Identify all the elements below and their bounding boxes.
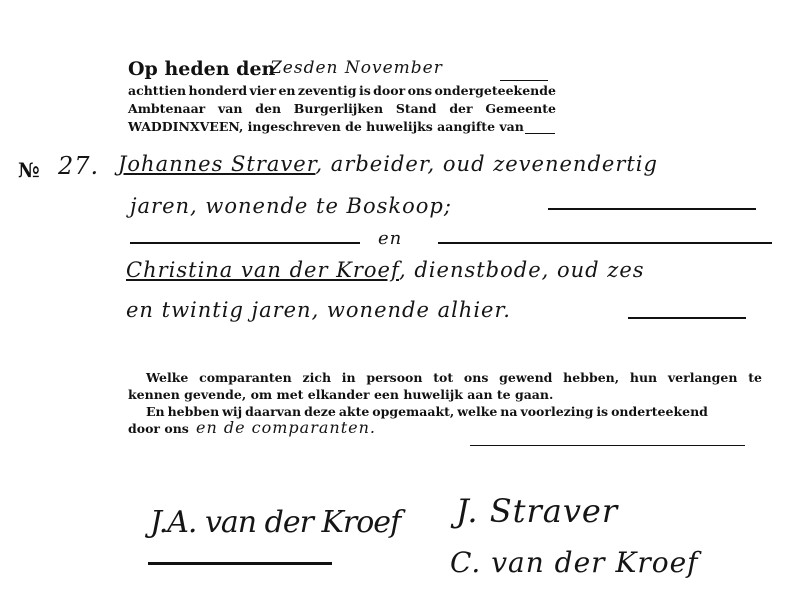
word: te — [748, 370, 762, 385]
conjunction: en — [378, 228, 402, 249]
intro-line-3: Ambtenaar van den Burgerlijken Stand der… — [128, 101, 556, 116]
word: ons — [408, 83, 432, 98]
word: wij — [222, 404, 242, 419]
fill-line — [500, 80, 548, 81]
word: Welke — [146, 370, 188, 385]
word: na — [500, 404, 517, 419]
groom-line-1: Johannes Straver, arbeider, oud zevenend… — [118, 152, 658, 176]
signature-groom: J. Straver — [456, 492, 618, 530]
signature-official: J.A. van der Kroef — [150, 505, 400, 540]
word: is — [596, 404, 608, 419]
closing-line-3: En hebben wij daarvan deze akte opgemaak… — [146, 404, 708, 419]
word: verlangen — [668, 370, 738, 385]
signature-bride: C. van der Kroef — [450, 546, 699, 579]
groom-name: Johannes Straver — [118, 152, 315, 176]
word: En — [146, 404, 165, 419]
word: Stand — [396, 101, 437, 116]
word: deze — [304, 404, 336, 419]
word: hebben, — [563, 370, 619, 385]
intro-lead: Op heden den — [128, 58, 275, 80]
word: is — [359, 83, 371, 98]
word: van — [218, 101, 242, 116]
word: opgemaakt, — [372, 404, 454, 419]
word: akte — [339, 404, 370, 419]
word: Ambtenaar — [128, 101, 205, 116]
word: onderteekend — [611, 404, 708, 419]
word: persoon — [366, 370, 422, 385]
word: comparanten — [199, 370, 292, 385]
bride-line-2: en twintig jaren, wonende alhier. — [126, 298, 511, 322]
word: den — [255, 101, 281, 116]
word: vier — [250, 83, 277, 98]
word: door — [373, 83, 405, 98]
word: ons — [464, 370, 488, 385]
fill-line — [470, 445, 745, 446]
closing-line-4-lead: door ons — [128, 421, 189, 436]
bride-line-1: Christina van der Kroef, dienstbode, oud… — [126, 258, 645, 282]
word: achttien — [128, 83, 186, 98]
closing-line-4-handwritten: en de comparanten. — [196, 418, 376, 437]
word: zeventig — [298, 83, 357, 98]
groom-details: , arbeider, oud zevenendertig — [315, 152, 658, 176]
word: der — [449, 101, 472, 116]
groom-line-2: jaren, wonende te Boskoop; — [130, 194, 452, 218]
bride-name: Christina van der Kroef — [126, 258, 399, 282]
word: gewend — [499, 370, 552, 385]
number-label: № — [18, 158, 40, 182]
closing-line-2: kennen gevende, om met elkander een huwe… — [128, 387, 553, 402]
signature-underline — [148, 562, 332, 565]
word: in — [342, 370, 356, 385]
word: daarvan — [245, 404, 301, 419]
closing-line-1: Welke comparanten zich in persoon tot on… — [146, 370, 762, 385]
word: welke — [457, 404, 497, 419]
fill-line — [628, 317, 746, 319]
fill-line — [130, 242, 360, 244]
bride-details: , dienstbode, oud zes — [399, 258, 645, 282]
intro-line-4: WADDINXVEEN, ingeschreven de huwelijks a… — [128, 119, 524, 134]
fill-line — [548, 208, 756, 210]
intro-line-2: achttien honderd vier en zeventig is doo… — [128, 83, 556, 98]
word: zich — [302, 370, 331, 385]
word: hun — [630, 370, 657, 385]
word: Burgerlijken — [294, 101, 383, 116]
entry-number: 27. — [58, 152, 99, 180]
fill-line — [525, 133, 555, 134]
word: voorlezing — [520, 404, 593, 419]
date-handwritten: Zesden November — [270, 58, 443, 78]
fill-line — [438, 242, 772, 244]
word: tot — [433, 370, 453, 385]
word: en — [278, 83, 295, 98]
word: hebben — [168, 404, 220, 419]
word: honderd — [189, 83, 248, 98]
word: Gemeente — [485, 101, 556, 116]
word: ondergeteekende — [434, 83, 555, 98]
